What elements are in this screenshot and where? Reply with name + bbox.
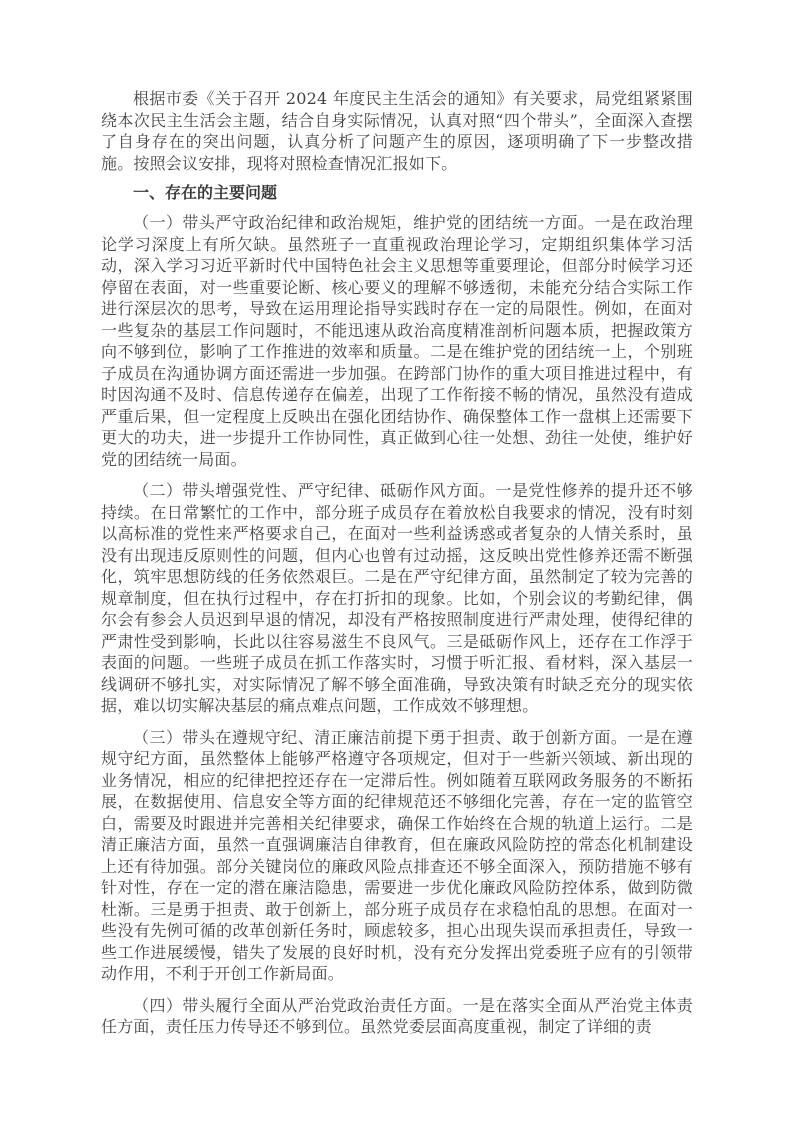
issue-paragraph-4: （四）带头履行全面从严治党政治责任方面。一是在落实全面从严治党主体责任方面，责任… [101,995,693,1038]
document-page: 根据市委《关于召开 2024 年度民主生活会的通知》有关要求，局党组紧紧围绕本次… [0,0,793,1122]
intro-paragraph: 根据市委《关于召开 2024 年度民主生活会的通知》有关要求，局党组紧紧围绕本次… [101,88,693,174]
issue-paragraph-1: （一）带头严守政治纪律和政治规矩，维护党的团结统一方面。一是在政治理论学习深度上… [101,212,693,470]
issue-paragraph-3: （三）带头在遵规守纪、清正廉洁前提下勇于担责、敢于创新方面。一是在遵规守纪方面，… [101,727,693,985]
section-heading-main-problems: 一、存在的主要问题 [101,182,693,204]
issue-paragraph-2: （二）带头增强党性、严守纪律、砥砺作风方面。一是党性修养的提升还不够持续。在日常… [101,480,693,717]
